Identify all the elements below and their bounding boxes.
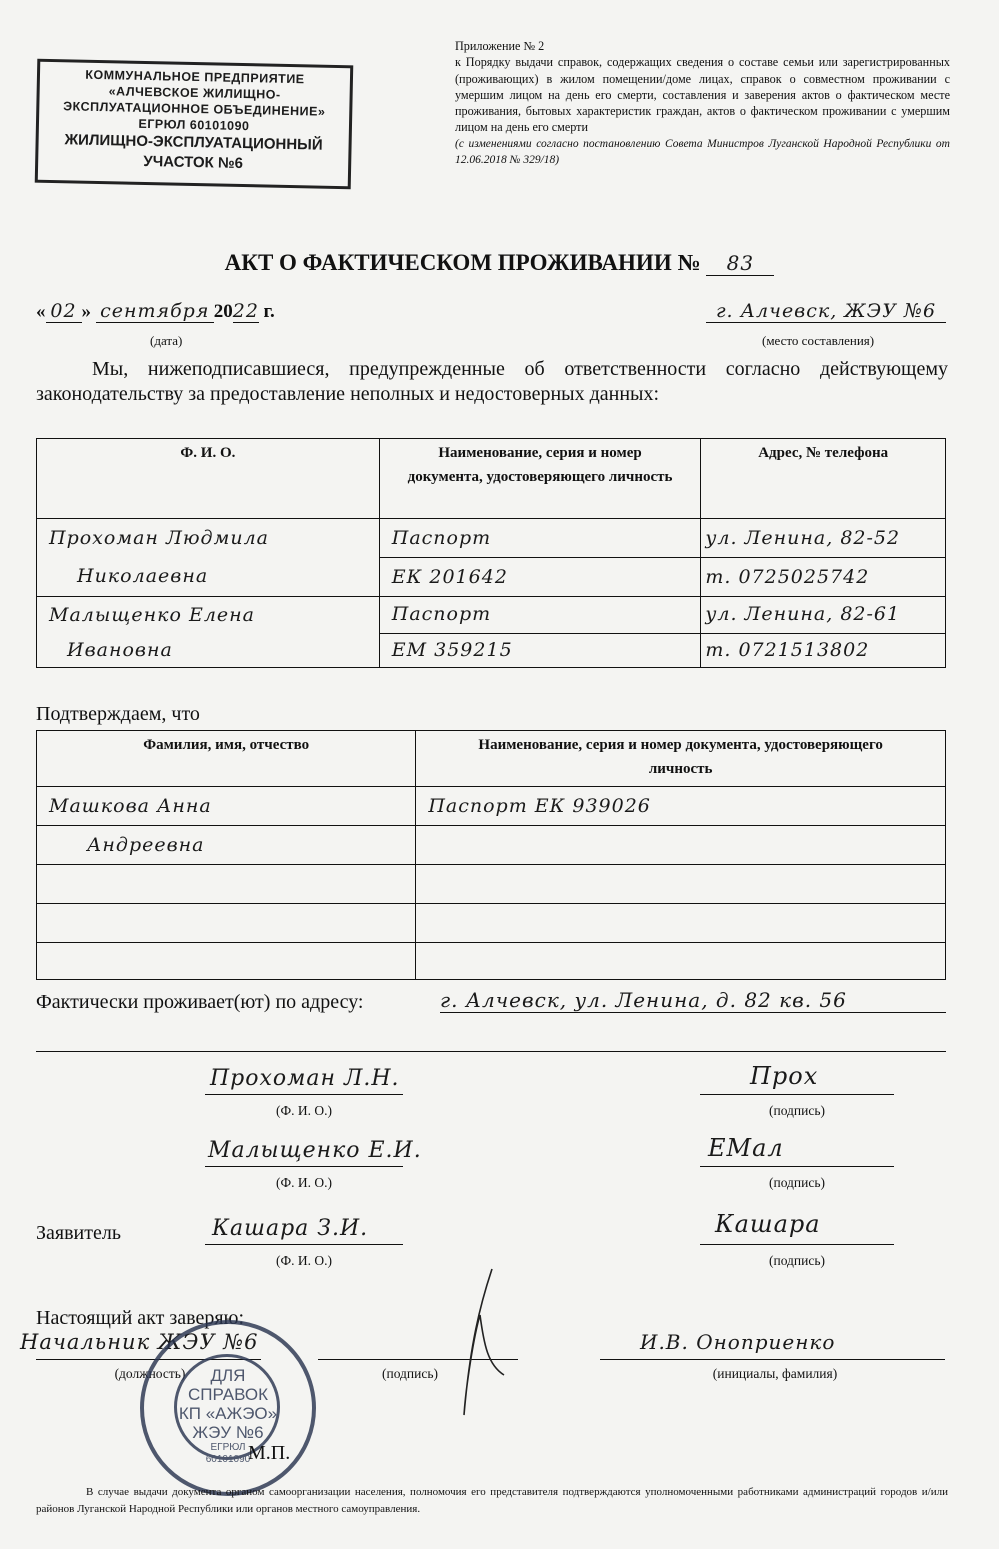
seal-line: КП «АЖЭО» <box>144 1404 312 1423</box>
resident-doc: Паспорт ЕК 939026 <box>416 787 946 826</box>
organization-stamp: КОММУНАЛЬНОЕ ПРЕДПРИЯТИЕ «АЛЧЕВСКОЕ ЖИЛИ… <box>35 59 354 190</box>
signature: ЕМал <box>708 1134 784 1162</box>
act-number: 83 <box>706 251 774 276</box>
signature-line <box>700 1166 894 1167</box>
signer-fio: Малыщенко Е.И. <box>208 1138 422 1163</box>
appendix-body: к Порядку выдачи справок, содержащих све… <box>455 54 950 135</box>
name-line <box>600 1359 945 1360</box>
witness-address: ул. Ленина, 82-61 <box>701 597 946 634</box>
fio-line <box>205 1166 403 1167</box>
address-value: г. Алчевск, ул. Ленина, д. 82 кв. 56 <box>440 988 946 1013</box>
resident-doc <box>416 943 946 980</box>
signature-line <box>700 1244 894 1245</box>
intro-text: Мы, нижеподписавшиеся, предупрежденные о… <box>36 357 948 407</box>
table-row: Машкова Анна Паспорт ЕК 939026 <box>37 787 946 826</box>
date-year-prefix: 20 <box>214 301 233 322</box>
resident-doc <box>416 904 946 943</box>
witness-doc-type: Паспорт <box>379 519 701 558</box>
signature-caption: (подпись) <box>700 1103 894 1119</box>
applicant-label: Заявитель <box>36 1222 121 1245</box>
title-text: АКТ О ФАКТИЧЕСКОМ ПРОЖИВАНИИ № <box>225 250 701 275</box>
witness-doc-type: Паспорт <box>379 597 701 634</box>
column-header: Фамилия, имя, отчество <box>37 731 416 787</box>
date-year-suffix: 22 <box>233 300 259 323</box>
seal-line: ЖЭУ №6 <box>144 1423 312 1442</box>
divider-line <box>36 1051 946 1052</box>
signature-line <box>700 1094 894 1095</box>
resident-doc <box>416 865 946 904</box>
table-row: Андреевна <box>37 826 946 865</box>
table-row <box>37 865 946 904</box>
certifier-name: И.В. Оноприенко <box>640 1330 835 1354</box>
resident-name <box>37 943 416 980</box>
witness-name: Прохоман Людмила <box>37 519 379 557</box>
witness-patronymic: Николаевна <box>37 557 379 595</box>
table-row <box>37 943 946 980</box>
signature: Прох <box>750 1062 818 1090</box>
resident-name: Машкова Анна <box>37 787 416 826</box>
column-header: Ф. И. О. <box>37 439 380 519</box>
appendix-note: Приложение № 2 к Порядку выдачи справок,… <box>455 38 950 168</box>
footnote: В случае выдачи документа органом самоор… <box>36 1484 948 1518</box>
column-header: Адрес, № телефона <box>701 439 946 519</box>
resident-doc <box>416 826 946 865</box>
name-caption: (инициалы, фамилия) <box>650 1366 900 1382</box>
witness-doc-number: ЕК 201642 <box>379 558 701 597</box>
column-header: Наименование, серия и номер документа, у… <box>416 731 946 787</box>
witness-phone: т. 0725025742 <box>701 558 946 597</box>
address-label: Фактически проживает(ют) по адресу: <box>36 991 363 1014</box>
confirm-label: Подтверждаем, что <box>36 703 200 726</box>
fio-caption: (Ф. И. О.) <box>205 1103 403 1119</box>
certifier-signature-mark <box>440 1265 510 1425</box>
residents-table: Фамилия, имя, отчество Наименование, сер… <box>36 730 946 980</box>
fio-caption: (Ф. И. О.) <box>205 1175 403 1191</box>
date-caption: (дата) <box>150 333 182 349</box>
place-of-compilation: г. Алчевск, ЖЭУ №6 <box>706 300 946 323</box>
place-caption: (место составления) <box>762 333 874 349</box>
date-day: 02 <box>46 300 82 323</box>
seal-line: ДЛЯ <box>144 1366 312 1385</box>
column-header: Наименование, серия и номер документа, у… <box>379 439 701 519</box>
date-month: сентября <box>96 300 214 323</box>
table-row: Малыщенко Елена Ивановна Паспорт ул. Лен… <box>37 597 946 634</box>
resident-name <box>37 865 416 904</box>
applicant-fio: Кашара З.И. <box>212 1216 368 1241</box>
witness-patronymic: Ивановна <box>37 633 379 667</box>
fio-line <box>205 1094 403 1095</box>
signature-caption: (подпись) <box>700 1175 894 1191</box>
witness-address: ул. Ленина, 82-52 <box>701 519 946 558</box>
signature-caption: (подпись) <box>700 1253 894 1269</box>
table-row <box>37 904 946 943</box>
signature: Кашара <box>715 1210 821 1238</box>
appendix-amendment: (с изменениями согласно постановлению Со… <box>455 136 950 169</box>
appendix-title: Приложение № 2 <box>455 38 950 54</box>
act-date: «02» сентября2022 г. <box>36 300 275 323</box>
fio-line <box>205 1244 403 1245</box>
page-title: АКТ О ФАКТИЧЕСКОМ ПРОЖИВАНИИ № 83 <box>0 250 999 276</box>
witness-name: Малыщенко Елена <box>37 597 379 633</box>
witness-phone: т. 0721513802 <box>701 633 946 668</box>
resident-name <box>37 904 416 943</box>
official-seal: ДЛЯ СПРАВОК КП «АЖЭО» ЖЭУ №6 ЕГРЮЛ 60101… <box>140 1320 316 1496</box>
seal-placeholder-label: М.П. <box>248 1442 290 1465</box>
signer-fio: Прохоман Л.Н. <box>210 1066 400 1091</box>
witness-doc-number: ЕМ 359215 <box>379 633 701 668</box>
date-year-end: г. <box>264 301 275 322</box>
table-row: Прохоман Людмила Николаевна Паспорт ул. … <box>37 519 946 558</box>
fio-caption: (Ф. И. О.) <box>205 1253 403 1269</box>
witnesses-table: Ф. И. О. Наименование, серия и номер док… <box>36 438 946 668</box>
seal-line: СПРАВОК <box>144 1385 312 1404</box>
resident-name: Андреевна <box>37 826 416 865</box>
